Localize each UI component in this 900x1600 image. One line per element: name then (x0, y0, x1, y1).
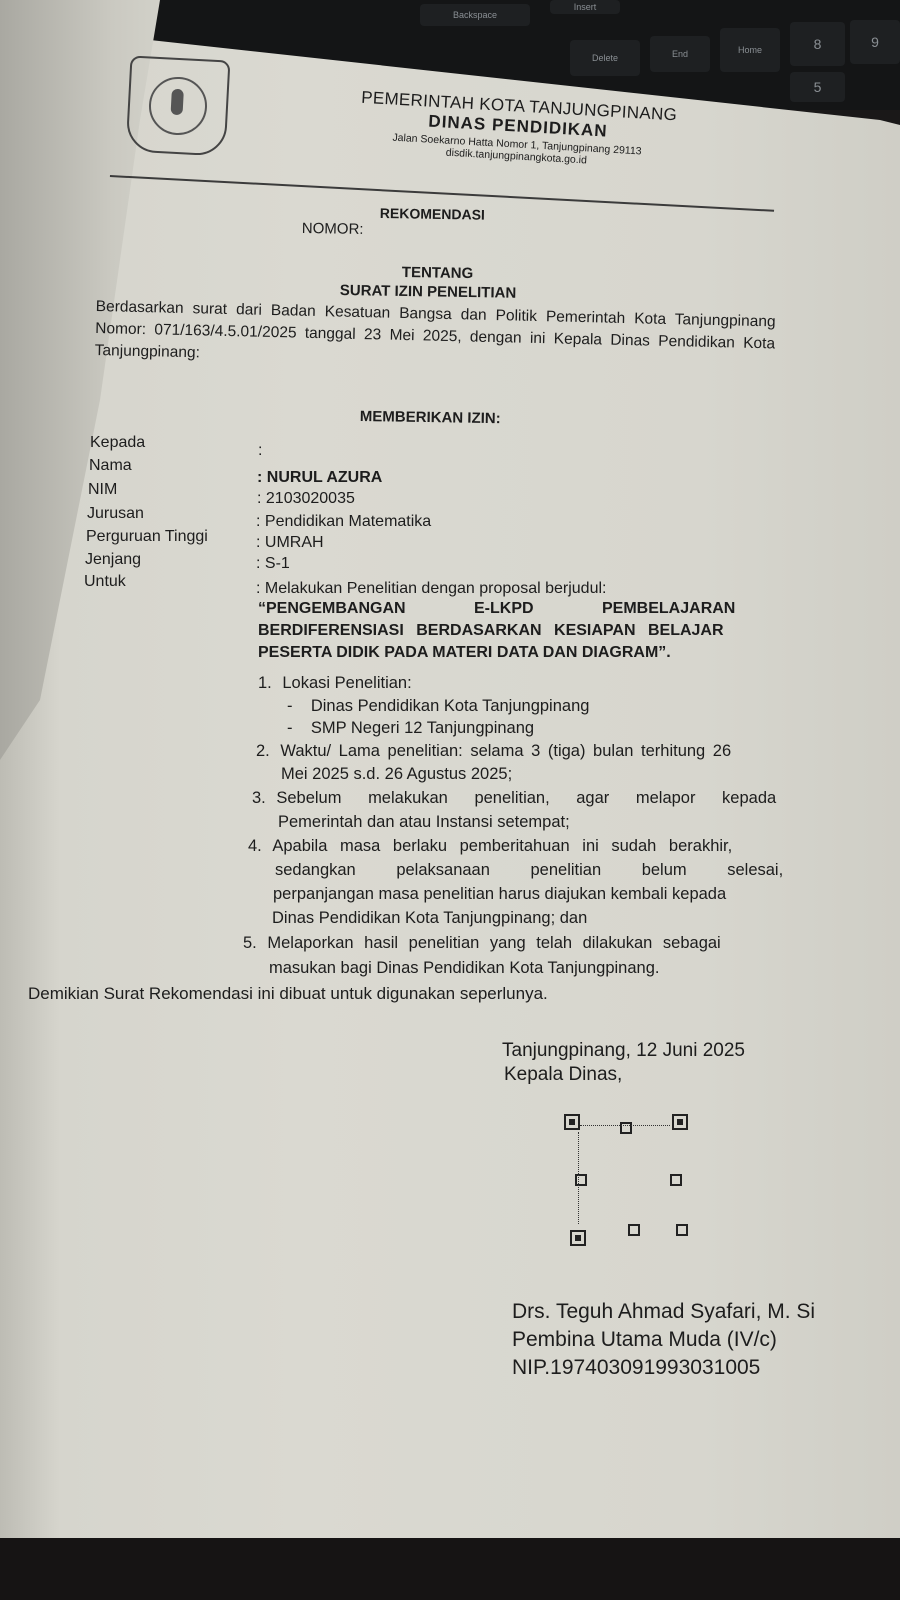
condition-5-line-1: Melaporkan hasil penelitian yang telah d… (267, 934, 720, 952)
field-label-untuk: Untuk (84, 573, 126, 591)
qr-signature-icon (560, 1110, 700, 1250)
condition-5: 5. Melaporkan hasil penelitian yang tela… (243, 931, 721, 955)
qr-module (670, 1174, 682, 1186)
field-label-nama: Nama (89, 457, 132, 475)
condition-4: 4. Apabila masa berlaku pemberitahuan in… (248, 834, 732, 858)
condition-5-number: 5. (243, 934, 257, 952)
condition-2-line-1: Waktu/ Lama penelitian: selama 3 (tiga) … (280, 742, 731, 760)
location-2-text: SMP Negeri 12 Tanjungpinang (311, 719, 534, 737)
condition-1-text: Lokasi Penelitian: (282, 674, 411, 692)
intro-paragraph: Berdasarkan surat dari Badan Kesatuan Ba… (95, 296, 776, 377)
qr-timing-vertical (578, 1132, 579, 1224)
condition-1-number: 1. (258, 674, 272, 692)
field-label-perguruan: Perguruan Tinggi (86, 528, 208, 546)
condition-2: 2. Waktu/ Lama penelitian: selama 3 (tig… (256, 739, 731, 763)
field-value-jenjang: : S-1 (256, 555, 290, 573)
field-value-nama: : NURUL AZURA (257, 469, 382, 487)
recommendation-letter: PEMERINTAH KOTA TANJUNGPINANG DINAS PEND… (0, 0, 900, 1600)
qr-finder-top-left (564, 1114, 580, 1130)
condition-4-line-1: Apabila masa berlaku pemberitahuan ini s… (272, 837, 732, 855)
condition-2-number: 2. (256, 742, 270, 760)
condition-4-number: 4. (248, 837, 262, 855)
condition-2-line-2: Mei 2025 s.d. 26 Agustus 2025; (281, 762, 512, 786)
signer-rank: Pembina Utama Muda (IV/c) (512, 1328, 777, 1352)
qr-finder-top-right (672, 1114, 688, 1130)
location-1-text: Dinas Pendidikan Kota Tanjungpinang (311, 697, 590, 715)
location-1: - Dinas Pendidikan Kota Tanjungpinang (287, 694, 589, 718)
location-2: - SMP Negeri 12 Tanjungpinang (287, 716, 534, 740)
field-value-jurusan: : Pendidikan Matematika (256, 513, 431, 531)
condition-3-number: 3. (252, 789, 266, 807)
qr-module (575, 1174, 587, 1186)
condition-1: 1. Lokasi Penelitian: (258, 671, 412, 695)
qr-module (676, 1224, 688, 1236)
qr-timing-horizontal (580, 1125, 670, 1126)
subject: SURAT IZIN PENELITIAN (340, 282, 517, 302)
field-label-jurusan: Jurusan (87, 505, 144, 523)
signer-name: Drs. Teguh Ahmad Syafari, M. Si (512, 1300, 815, 1324)
proposal-title-line-3: PESERTA DIDIK PADA MATERI DATA DAN DIAGR… (258, 644, 671, 662)
signer-position: Kepala Dinas, (504, 1064, 622, 1086)
field-value-kepada: : (258, 442, 262, 460)
about-label: TENTANG (402, 264, 474, 282)
field-value-nim: : 2103020035 (257, 490, 355, 508)
qr-finder-bottom-left (570, 1230, 586, 1246)
condition-4-line-4: Dinas Pendidikan Kota Tanjungpinang; dan (272, 906, 587, 930)
condition-5-line-2: masukan bagi Dinas Pendidikan Kota Tanju… (269, 956, 659, 980)
field-value-untuk: : Melakukan Penelitian dengan proposal b… (256, 580, 606, 598)
closing-statement: Demikian Surat Rekomendasi ini dibuat un… (28, 984, 548, 1004)
signer-nip: NIP.197403091993031005 (512, 1356, 760, 1380)
grant-heading: MEMBERIKAN IZIN: (360, 408, 501, 427)
field-label-nim: NIM (88, 481, 117, 499)
letterhead: PEMERINTAH KOTA TANJUNGPINANG DINAS PEND… (326, 86, 709, 173)
place-date: Tanjungpinang, 12 Juni 2025 (502, 1040, 745, 1062)
emblem-inner (148, 76, 209, 137)
condition-4-line-3: perpanjangan masa penelitian harus diaju… (273, 882, 726, 906)
qr-module (628, 1224, 640, 1236)
field-label-kepada: Kepada (90, 434, 145, 452)
field-label-jenjang: Jenjang (85, 551, 141, 569)
number-label: NOMOR: (302, 220, 364, 238)
condition-3-line-2: Pemerintah dan atau Instansi setempat; (278, 810, 570, 834)
condition-4-line-2: sedangkan pelaksanaan penelitian belum s… (275, 858, 783, 882)
condition-3-line-1: Sebelum melakukan penelitian, agar melap… (276, 789, 776, 807)
condition-3: 3. Sebelum melakukan penelitian, agar me… (252, 786, 776, 810)
field-value-perguruan: : UMRAH (256, 534, 324, 552)
proposal-title-line-2: BERDIFERENSIASI BERDASARKAN KESIAPAN BEL… (258, 622, 724, 640)
proposal-title-line-1: “PENGEMBANGAN E-LKPD PEMBELAJARAN (258, 600, 735, 618)
qr-module (620, 1122, 632, 1134)
city-emblem-icon (126, 55, 231, 156)
doc-type: REKOMENDASI (380, 205, 485, 223)
